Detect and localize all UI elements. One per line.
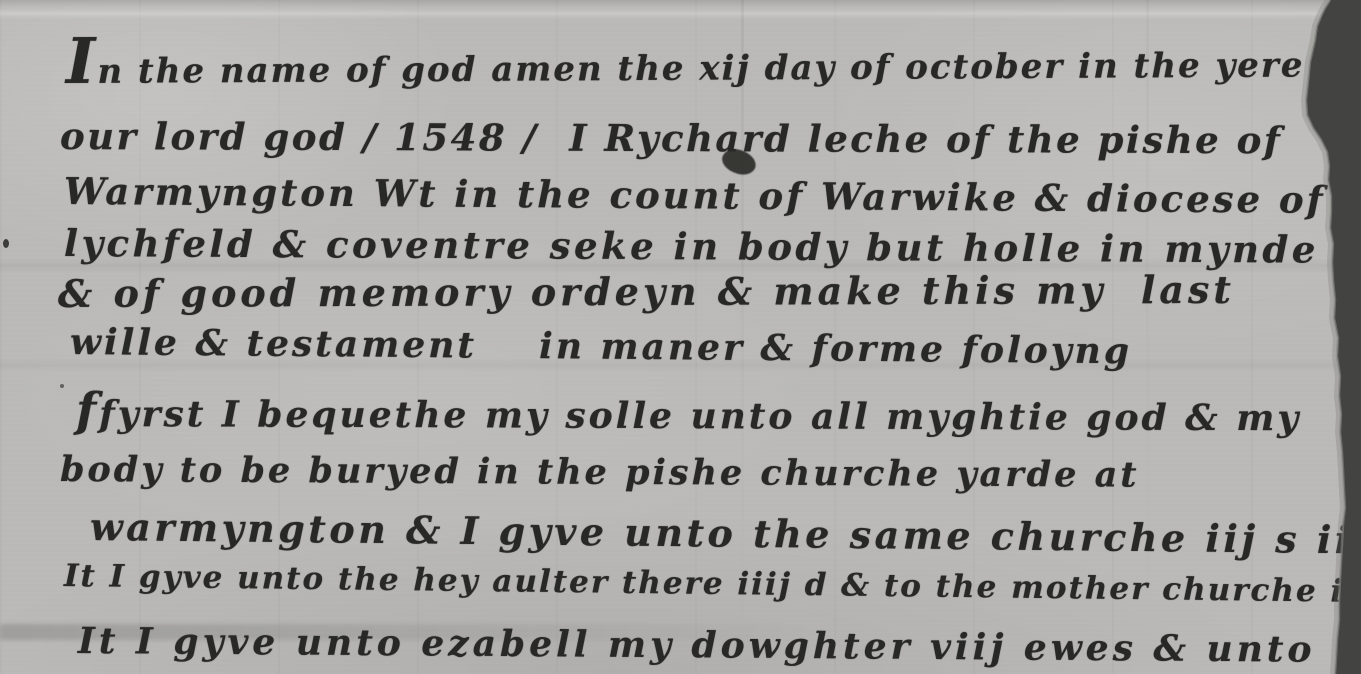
manuscript-line-8: body to be buryed in the pishe churche y… [60,449,1140,496]
manuscript-line-11: It I gyve unto ezabell my dowghter viij … [78,620,1316,671]
manuscript-line-3: Warmyngton Wt in the count of Warwike & … [64,169,1326,222]
manuscript-scan-page: In the name of god amen the xij day of o… [0,0,1361,674]
manuscript-line-2: our lord god / 1548 / I Rychard leche of… [60,114,1282,162]
paper-speck [3,239,9,248]
manuscript-line-4: lychfeld & coventre seke in body but hol… [64,221,1319,272]
torn-paper-edge [1281,0,1361,674]
manuscript-line-7: ffyrst I bequethe my solle unto all mygh… [76,393,1301,439]
paper-speck-2 [60,384,64,388]
manuscript-line-1: In the name of god amen the xij day of o… [66,45,1360,92]
manuscript-line-5: & of good memory ordeyn & make this my l… [58,267,1235,316]
